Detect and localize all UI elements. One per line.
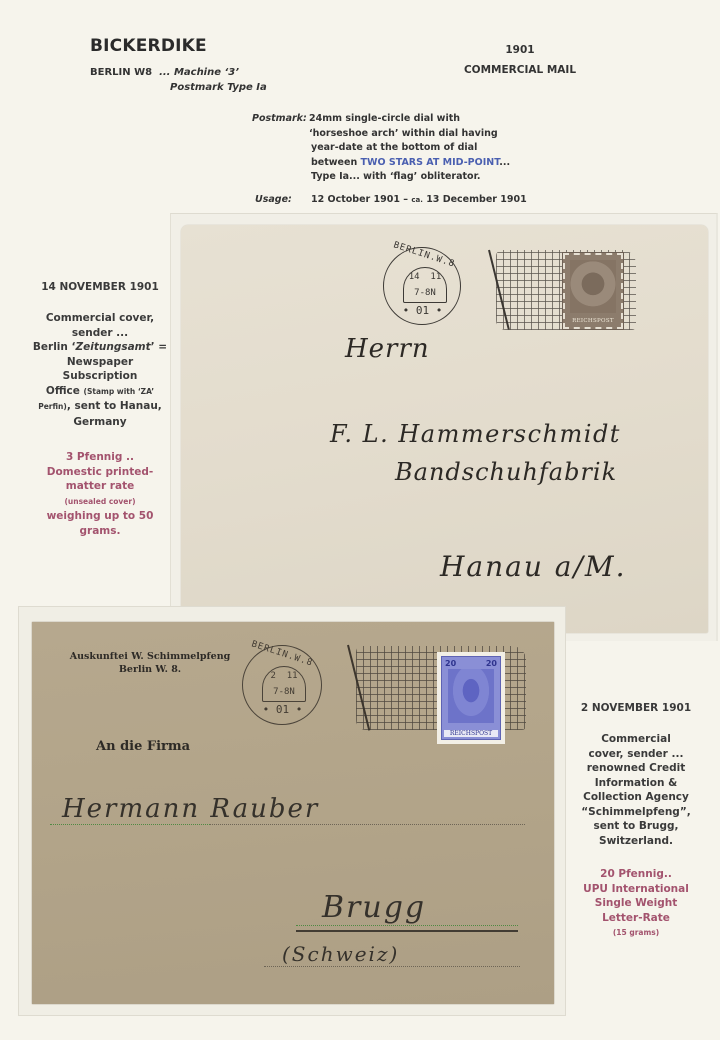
rate-line: (unsealed cover) [20,494,180,510]
postmark-date: 2 11 [264,670,304,682]
caption-line: cover, sender ... [566,747,706,762]
page-category: COMMERCIAL MAIL [440,64,600,76]
office-machine-line: BERLIN W8 ... Machine ‘3’ [90,67,239,78]
address-city: Hanau a/M. [440,550,626,583]
address-name: Hermann Rauber [62,794,319,824]
caption-fragment: ’ = [151,341,167,353]
address-line [264,966,520,967]
address-line [296,925,518,926]
sender-city: Berlin W. 8. [55,664,245,675]
caption-line: Office (Stamp with ‘ZA’ [20,384,180,400]
caption-line: Commercial [566,732,706,747]
caption-line: Newspaper [20,355,180,370]
rate-small: (unsealed cover) [64,497,135,506]
address-name: F. L. Hammerschmidt [330,420,621,448]
machine-label: ... Machine ‘3’ [159,67,239,78]
cover2-rate: 20 Pfennig.. UPU International Single We… [566,867,706,941]
stamp-label: REICHSPOST [572,318,614,324]
cover2-date: 2 NOVEMBER 1901 [566,701,706,716]
stamp-value: 20 [486,659,497,668]
rate-line: weighing up to 50 [20,509,180,524]
caption-line: Germany [20,415,180,430]
stamp-value: 20 [445,659,456,668]
postmark-year: • 01 • [255,703,310,716]
caption-line: Subscription [20,369,180,384]
postmark-time: 7-8N [405,287,445,299]
caption-line: “Schimmelpfeng”, [566,805,706,820]
page-year: 1901 [450,44,590,56]
address-trade: Bandschuhfabrik [395,458,617,486]
address-line [210,824,525,825]
sender-name: Auskunftei W. Schimmelpfeng [55,651,245,662]
usage-end: 13 December 1901 [423,194,527,205]
caption-line: Perfin), sent to Hanau, [20,399,180,415]
cover1-description: Commercial cover, sender ... Berlin ‘Zei… [20,311,180,429]
caption-line: Information & [566,776,706,791]
postmark-line-prefix: between [311,157,361,168]
postmark-year: • 01 • [395,304,450,317]
postmark-line: between TWO STARS AT MID-POINT... [309,156,510,171]
caption-line: renowned Credit [566,761,706,776]
rate-line: (15 grams) [566,925,706,941]
postmark-line: 24mm single-circle dial with [309,112,510,127]
stamp-3pf: REICHSPOST [563,253,623,329]
caption-small: Perfin) [38,402,67,411]
rate-line: UPU International [566,882,706,897]
office-name: BERLIN W8 [90,67,152,78]
address-country: (Schweiz) [282,942,399,966]
caption-fragment: Berlin ‘ [33,341,76,353]
caption-italic: Zeitungsamt [76,341,151,353]
postmark-type: Postmark Type Ia [170,82,267,93]
rate-small: (15 grams) [613,928,659,937]
postmark-line: Type Ia... with ‘flag’ obliterator. [309,170,510,185]
postmark-date: 14 11 [405,271,445,283]
caption-fragment: Office [46,385,84,397]
usage-start: 12 October 1901 – [311,194,411,205]
rate-line: matter rate [20,479,180,494]
rate-line: Domestic printed- [20,465,180,480]
cover2-description: Commercial cover, sender ... renowned Cr… [566,732,706,848]
stamp-portrait [570,260,616,313]
postmark-line: ‘horseshoe arch’ within dial having [309,127,510,142]
rate-line: 3 Pfennig .. [20,450,180,465]
address-line [50,824,210,825]
caption-fragment: , sent to Hanau, [67,400,162,412]
exhibitor-name: BICKERDIKE [90,36,207,56]
address-salutation: Herrn [345,334,430,364]
two-stars-highlight: TWO STARS AT MID-POINT [361,157,500,168]
postmark-label: Postmark: [252,113,307,124]
cover1-rate: 3 Pfennig .. Domestic printed- matter ra… [20,450,180,538]
postmark-time: 7-8N [264,686,304,698]
caption-line: sent to Brugg, [566,819,706,834]
stamp-20pf: 20 20 REICHSPOST [437,652,505,744]
caption-line: Commercial cover, [20,311,180,326]
stamp-face: 20 20 REICHSPOST [441,656,501,740]
postmark-line: year-date at the bottom of dial [309,141,510,156]
rate-line: grams. [20,524,180,539]
usage-label: Usage: [255,194,292,205]
postmark-description: 24mm single-circle dial with ‘horseshoe … [309,112,510,185]
caption-small: (Stamp with ‘ZA’ [84,387,155,396]
postmark-line-suffix: ... [499,157,510,168]
caption-line: Collection Agency [566,790,706,805]
caption-line: sender ... [20,326,180,341]
stamp-label: REICHSPOST [444,730,498,737]
usage-dates: 12 October 1901 – ca. 13 December 1901 [311,194,527,205]
cover1-date: 14 NOVEMBER 1901 [20,280,180,295]
address-city: Brugg [322,890,426,925]
rate-line: Letter-Rate [566,911,706,926]
rate-line: 20 Pfennig.. [566,867,706,882]
caption-line: Berlin ‘Zeitungsamt’ = [20,340,180,355]
usage-circa: ca. [411,196,423,204]
firma-label: An die Firma [96,739,190,754]
stamp-portrait [448,669,494,723]
rate-line: Single Weight [566,896,706,911]
address-underline [296,930,518,932]
caption-line: Switzerland. [566,834,706,849]
